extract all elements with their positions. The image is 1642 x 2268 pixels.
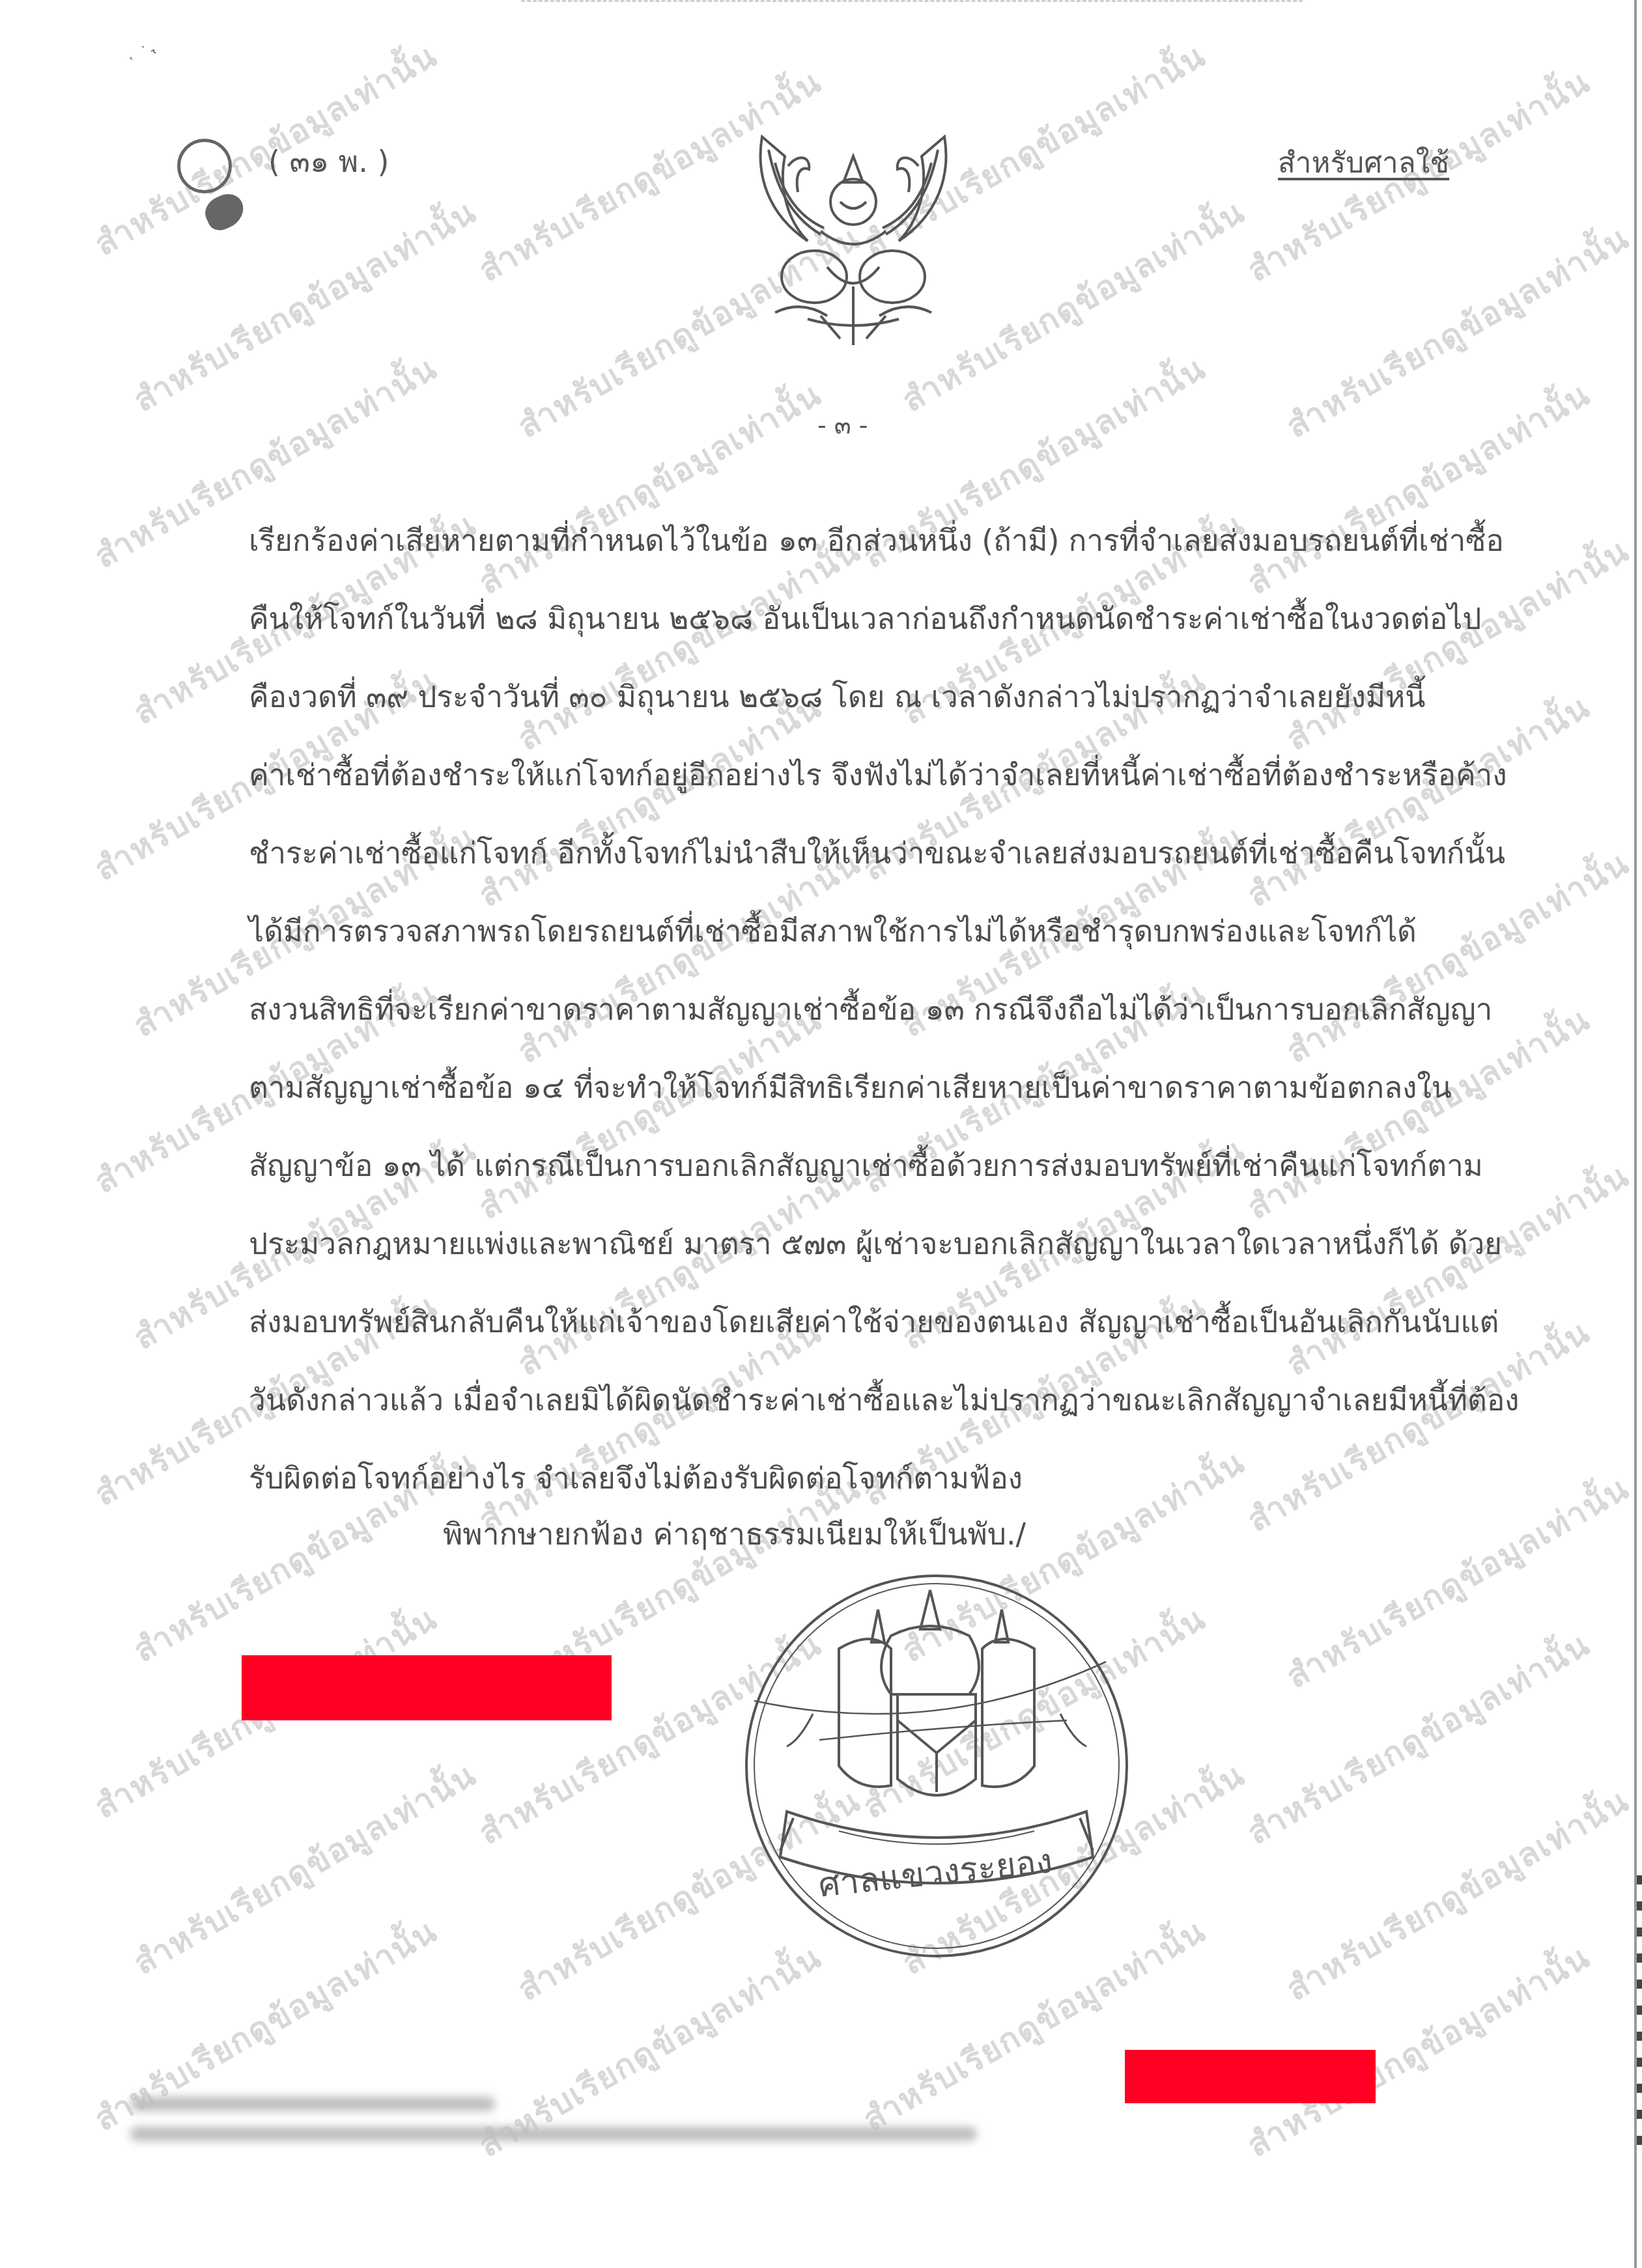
scan-top-edge [521, 0, 1303, 4]
verdict-line: พิพากษายกฟ้อง ค่าฤชาธรรมเนียมให้เป็นพับ.… [443, 1511, 1026, 1558]
watermark-text: สำหรับเรียกดูข้อมูลเท่านั้น [1277, 1776, 1639, 2015]
watermark-text: สำหรับเรียกดูข้อมูลเท่านั้น [1277, 213, 1639, 452]
body-line: เรียกร้องค่าเสียหายตามที่กำหนดไว้ในข้อ ๑… [249, 501, 1447, 580]
punch-circle-icon [177, 139, 232, 193]
stray-marks: ˛ ˙ ˞ [128, 44, 156, 61]
body-line: ตามสัญญาเช่าซื้อข้อ ๑๔ ที่จะทำให้โจทก์มี… [249, 1048, 1447, 1127]
binding-marks [1637, 1875, 1642, 2149]
watermark-text: สำหรับเรียกดูข้อมูลเท่านั้น [85, 31, 447, 270]
watermark-text: สำหรับเรียกดูข้อมูลเท่านั้น [124, 187, 486, 426]
redaction-clerk-name [1125, 2050, 1376, 2103]
body-line: วันดังกล่าวแล้ว เมื่อจำเลยมิได้ผิดนัดชำร… [249, 1361, 1447, 1439]
document-page: สำหรับเรียกดูข้อมูลเท่านั้นสำหรับเรียกดู… [0, 0, 1642, 2268]
blurred-footer-note [130, 2097, 1003, 2168]
body-line: ค่าเช่าซื้อที่ต้องชำระให้แก่โจทก์อยู่อีก… [249, 736, 1447, 814]
body-line: คืนให้โจทก์ในวันที่ ๒๘ มิถุนายน ๒๕๖๘ อัน… [249, 580, 1447, 658]
body-line: ประมวลกฎหมายแพ่งและพาณิชย์ มาตรา ๕๗๓ ผู้… [249, 1205, 1447, 1283]
body-line: รับผิดต่อโจทก์อย่างไร จำเลยจึงไม่ต้องรับ… [249, 1439, 1447, 1517]
page-number: - ๓ - [817, 405, 868, 445]
body-line: ได้มีการตรวจสภาพรถโดยรถยนต์ที่เช่าซื้อมี… [249, 892, 1447, 970]
redaction-judge-name [242, 1655, 612, 1720]
court-use-label: สำหรับศาลใช้ [1278, 140, 1449, 186]
garuda-emblem-icon [749, 117, 957, 352]
body-line: คืองวดที่ ๓๙ ประจำวันที่ ๓๐ มิถุนายน ๒๕๖… [249, 658, 1447, 736]
form-code: ( ๓๑ พ. ) [268, 138, 389, 186]
court-seal-icon: ศาลแขวงระยอง [741, 1571, 1132, 1961]
watermark-text: สำหรับเรียกดูข้อมูลเท่านั้น [124, 1750, 486, 1989]
body-line: ส่งมอบทรัพย์สินกลับคืนให้แก่เจ้าของโดยเส… [249, 1283, 1447, 1361]
body-line: สัญญาข้อ ๑๓ ได้ แต่กรณีเป็นการบอกเลิกสัญ… [249, 1127, 1447, 1205]
body-line: สงวนสิทธิที่จะเรียกค่าขาดราคาตามสัญญาเช่… [249, 970, 1447, 1048]
body-line: ชำระค่าเช่าซื้อแก่โจทก์ อีกทั้งโจทก์ไม่น… [249, 814, 1447, 892]
seal-court-name: ศาลแขวงระยอง [817, 1841, 1055, 1905]
ink-smudge [200, 189, 249, 235]
judgment-body: เรียกร้องค่าเสียหายตามที่กำหนดไว้ในข้อ ๑… [249, 501, 1447, 1517]
watermark-text: สำหรับเรียกดูข้อมูลเท่านั้น [1238, 1619, 1600, 1858]
